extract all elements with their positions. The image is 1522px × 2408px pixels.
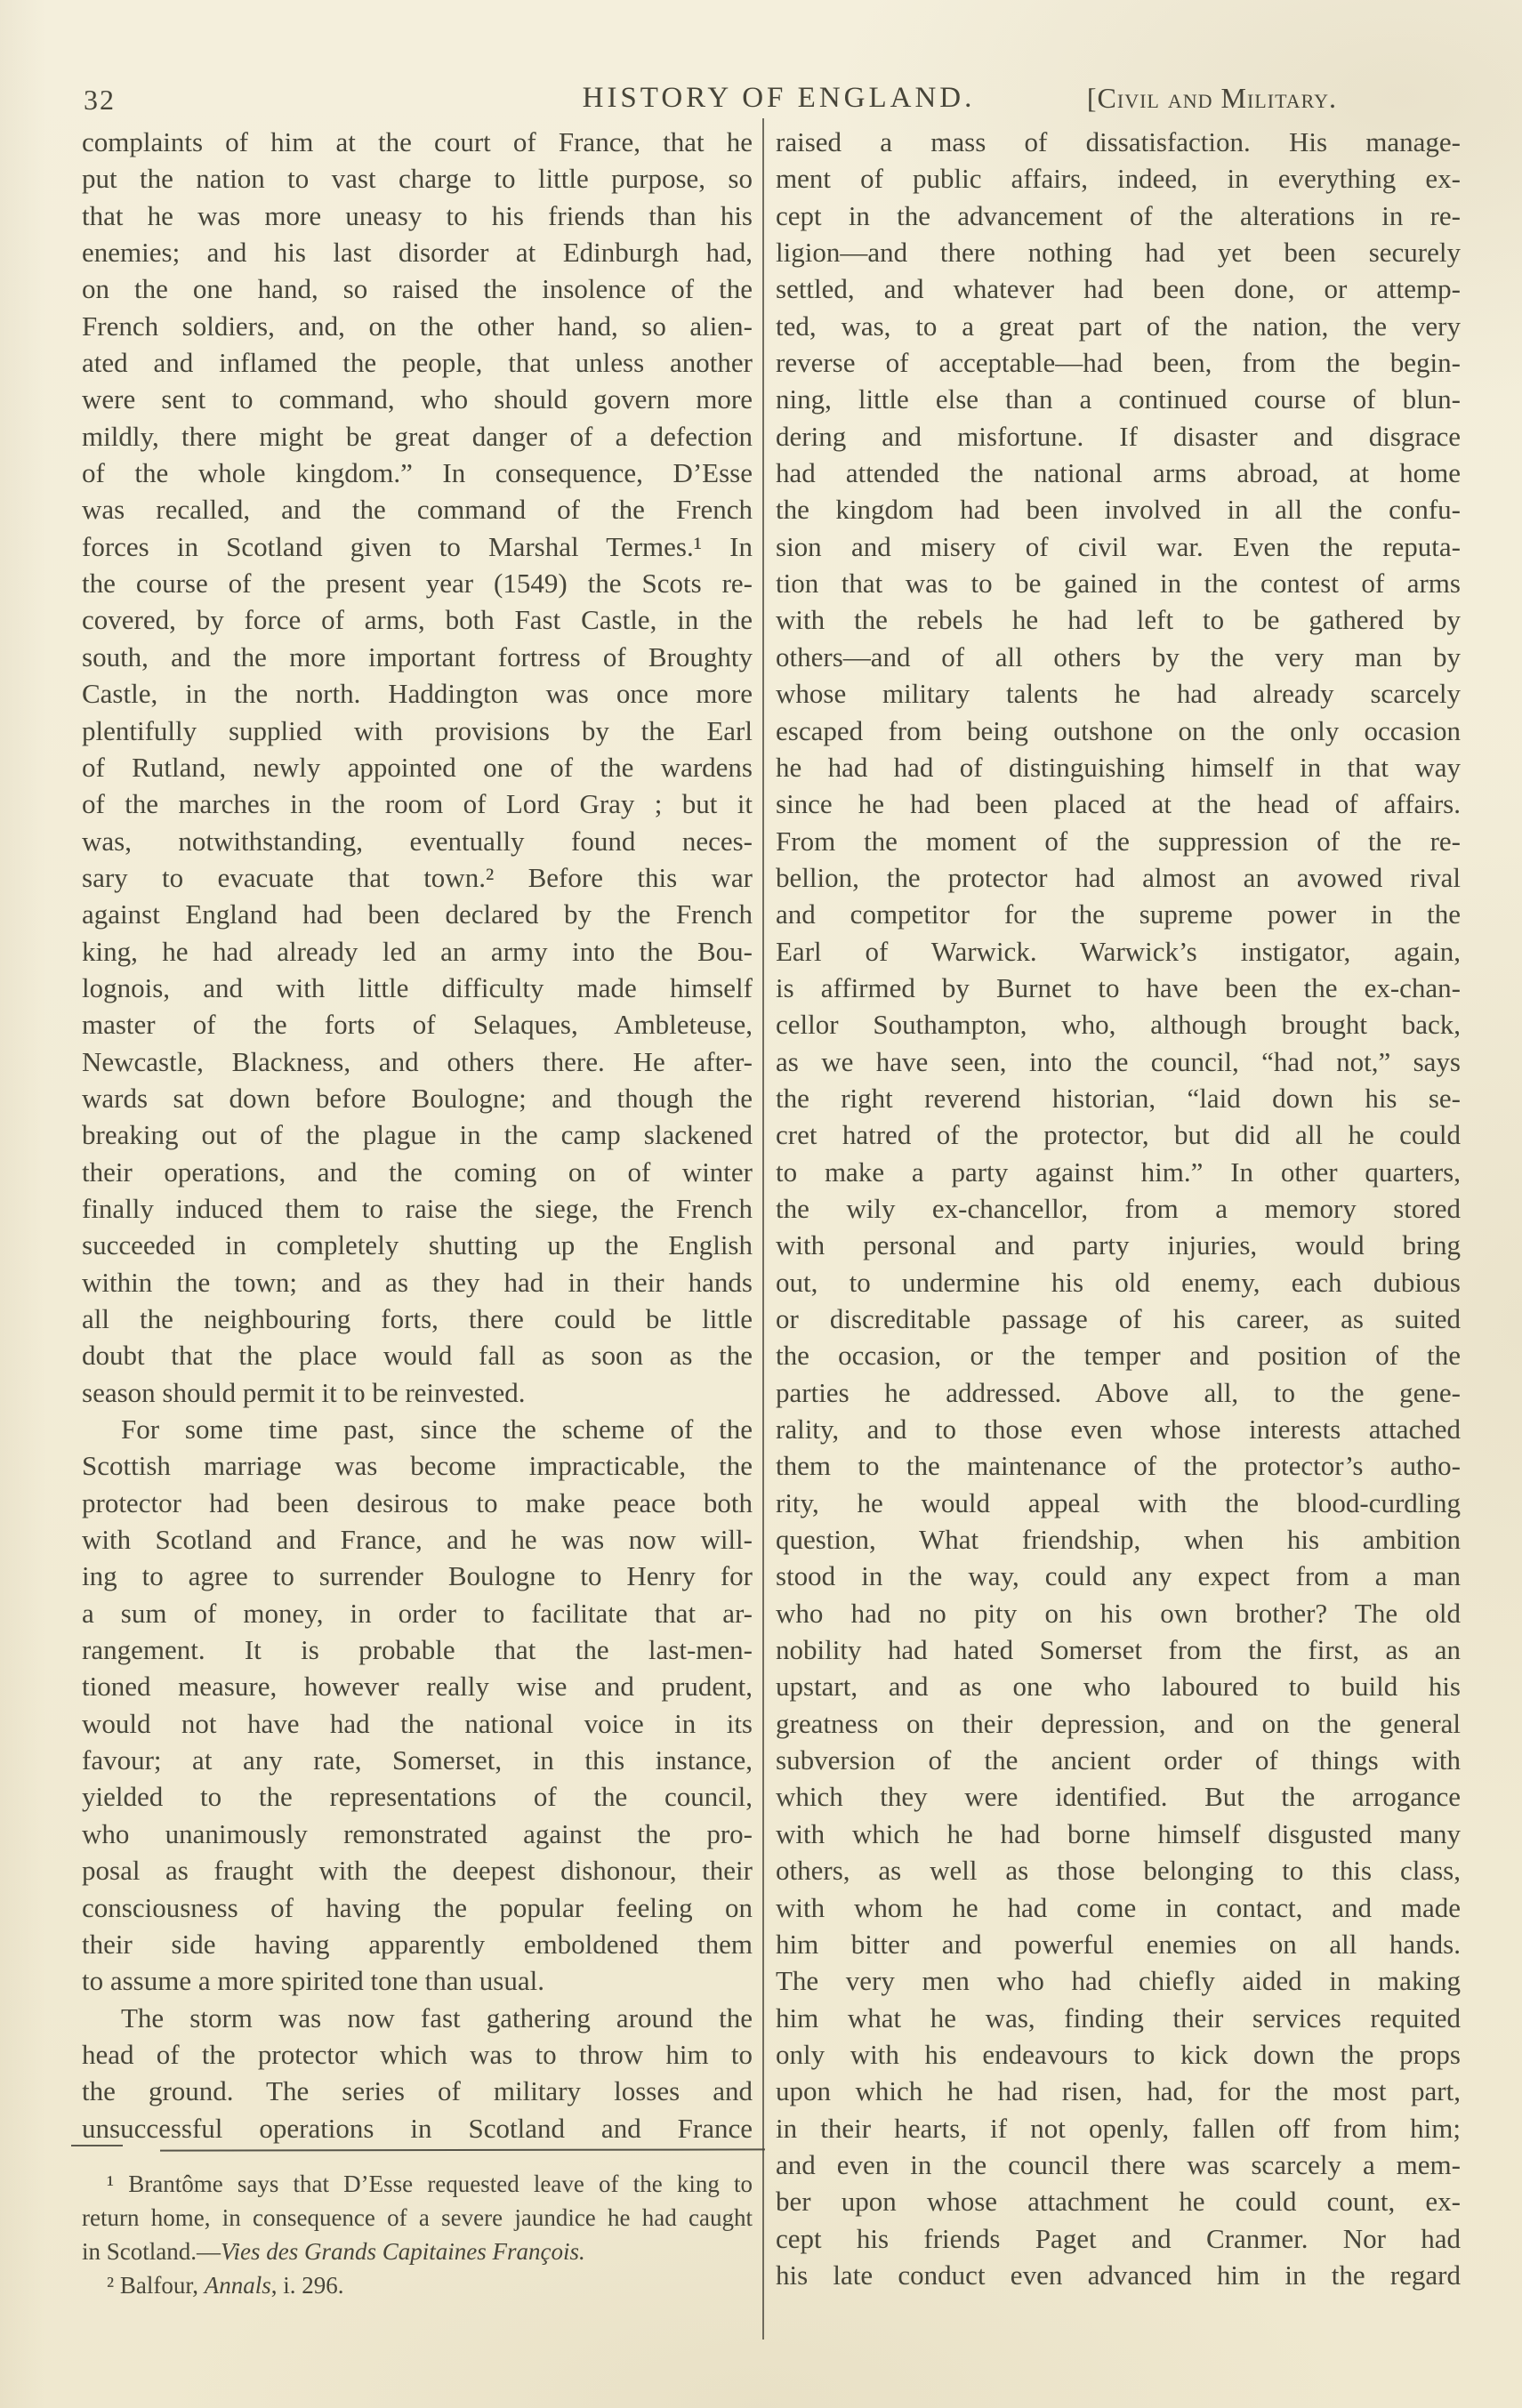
footnote-citation: Annals (205, 2272, 271, 2299)
text-line: plentifully supplied with provisions by … (82, 713, 753, 749)
text-line: him what he was, finding their services … (776, 2000, 1461, 2036)
text-line: parties he addressed. Above all, to the … (776, 1374, 1461, 1411)
footnote-text: in Scotland.— (82, 2238, 221, 2265)
text-line: others, as well as those belonging to th… (776, 1852, 1461, 1889)
right-column: raised a mass of dissatisfaction. His ma… (776, 124, 1461, 2293)
footnote-text: ¹ Brantôme says that D’Esse requested le… (107, 2170, 753, 2197)
text-line: south, and the more important fortress o… (82, 639, 753, 675)
text-line: that he was more uneasy to his friends t… (82, 197, 753, 234)
text-line: ning, little else than a continued cours… (776, 381, 1461, 417)
footnote-line: ² Balfour, Annals, i. 296. (82, 2268, 753, 2302)
text-line: enemies; and his last disorder at Edinbu… (82, 234, 753, 270)
text-line: head of the protector which was to throw… (82, 2036, 753, 2073)
text-line: rality, and to those even whose interest… (776, 1411, 1461, 1447)
text-line: to assume a more spirited tone than usua… (82, 1962, 753, 1999)
text-line: cept his friends Paget and Cranmer. Nor … (776, 2220, 1461, 2257)
footnote-line: ¹ Brantôme says that D’Esse requested le… (82, 2167, 753, 2201)
text-line: stood in the way, could any expect from … (776, 1558, 1461, 1594)
text-line: yielded to the representations of the co… (82, 1778, 753, 1815)
text-line: the kingdom had been involved in all the… (776, 491, 1461, 528)
footnote-text: ² Balfour, (107, 2272, 205, 2299)
text-line: of the marches in the room of Lord Gray … (82, 785, 753, 822)
text-line: were sent to command, who should govern … (82, 381, 753, 417)
text-line: with the rebels he had left to be gather… (776, 601, 1461, 638)
text-line: them to the maintenance of the protector… (776, 1447, 1461, 1484)
text-line: favour; at any rate, Somerset, in this i… (82, 1742, 753, 1778)
text-line: greatness on their depression, and on th… (776, 1705, 1461, 1742)
text-line: dering and misfortune. If disaster and d… (776, 418, 1461, 455)
text-line: who had no pity on his own brother? The … (776, 1595, 1461, 1631)
text-line: their side having apparently emboldened … (82, 1926, 753, 1962)
text-line: to make a party against him.” In other q… (776, 1154, 1461, 1190)
text-line: in their hearts, if not openly, fallen o… (776, 2110, 1461, 2146)
text-line: with personal and party injuries, would … (776, 1227, 1461, 1263)
text-line: since he had been placed at the head of … (776, 785, 1461, 822)
left-column: complaints of him at the court of France… (82, 124, 753, 2146)
text-line: ligion—and there nothing had yet been se… (776, 234, 1461, 270)
text-line: him bitter and powerful enemies on all h… (776, 1926, 1461, 1962)
text-line: the occasion, or the temper and position… (776, 1337, 1461, 1373)
text-line: is affirmed by Burnet to have been the e… (776, 970, 1461, 1006)
text-line: all the neighbouring forts, there could … (82, 1301, 753, 1337)
text-line: protector had been desirous to make peac… (82, 1485, 753, 1521)
text-line: would not have had the national voice in… (82, 1705, 753, 1742)
text-line: the course of the present year (1549) th… (82, 565, 753, 601)
text-line: reverse of acceptable—had been, from the… (776, 344, 1461, 381)
text-line: who unanimously remonstrated against the… (82, 1816, 753, 1852)
text-line: From the moment of the suppression of th… (776, 823, 1461, 859)
text-line: on the one hand, so raised the insolence… (82, 270, 753, 307)
text-line: the ground. The series of military losse… (82, 2073, 753, 2109)
footnote-line: return home, in consequence of a severe … (82, 2201, 753, 2235)
text-line: breaking out of the plague in the camp s… (82, 1116, 753, 1153)
footnote-text: return home, in consequence of a severe … (82, 2204, 753, 2231)
text-line: a sum of money, in order to facilitate t… (82, 1595, 753, 1631)
text-line: or discreditable passage of his career, … (776, 1301, 1461, 1337)
text-line: sary to evacuate that town.² Before this… (82, 859, 753, 896)
text-line: question, What friendship, when his ambi… (776, 1521, 1461, 1558)
text-line: he had had of distinguishing himself in … (776, 749, 1461, 785)
text-line: tioned measure, however really wise and … (82, 1668, 753, 1704)
text-line: had attended the national arms abroad, a… (776, 455, 1461, 491)
text-line: Earl of Warwick. Warwick’s instigator, a… (776, 933, 1461, 970)
text-line: with whom he had come in contact, and ma… (776, 1889, 1461, 1926)
text-line: put the nation to vast charge to little … (82, 160, 753, 197)
text-line: the right reverend historian, “laid down… (776, 1080, 1461, 1116)
text-line: complaints of him at the court of France… (82, 124, 753, 160)
text-line: his late conduct even advanced him in th… (776, 2257, 1461, 2293)
text-line: For some time past, since the scheme of … (82, 1411, 753, 1447)
text-line: against England had been declared by the… (82, 896, 753, 932)
text-line: rangement. It is probable that the last-… (82, 1631, 753, 1668)
text-line: mildly, there might be great danger of a… (82, 418, 753, 455)
footnote-rule-short (71, 2145, 123, 2146)
text-line: out, to undermine his old enemy, each du… (776, 1264, 1461, 1301)
text-line: ber upon whose attachment he could count… (776, 2183, 1461, 2219)
text-line: ment of public affairs, indeed, in every… (776, 160, 1461, 197)
text-line: as we have seen, into the council, “had … (776, 1043, 1461, 1080)
column-divider (762, 118, 764, 2340)
text-line: The storm was now fast gathering around … (82, 2000, 753, 2036)
footnote-line: in Scotland.—Vies des Grands Capitaines … (82, 2235, 753, 2268)
text-line: of Rutland, newly appointed one of the w… (82, 749, 753, 785)
text-line: was, notwithstanding, eventually found n… (82, 823, 753, 859)
text-line: master of the forts of Selaques, Amblete… (82, 1006, 753, 1043)
text-line: and even in the council there was scarce… (776, 2146, 1461, 2183)
text-line: cellor Southampton, who, although brough… (776, 1006, 1461, 1043)
text-line: covered, by force of arms, both Fast Cas… (82, 601, 753, 638)
text-line: Castle, in the north. Haddington was onc… (82, 675, 753, 712)
page-header: 32 HISTORY OF ENGLAND. [Civil and Milita… (0, 78, 1522, 126)
text-line: settled, and whatever had been done, or … (776, 270, 1461, 307)
footnotes: ¹ Brantôme says that D’Esse requested le… (82, 2167, 753, 2302)
text-line: upon which he had risen, had, for the mo… (776, 2073, 1461, 2109)
text-line: ted, was, to a great part of the nation,… (776, 308, 1461, 344)
text-line: ing to agree to surrender Boulogne to He… (82, 1558, 753, 1594)
text-line: sion and misery of civil war. Even the r… (776, 528, 1461, 565)
text-line: unsuccessful operations in Scotland and … (82, 2110, 753, 2146)
text-line: rity, he would appeal with the blood-cur… (776, 1485, 1461, 1521)
text-line: The very men who had chiefly aided in ma… (776, 1962, 1461, 1999)
text-line: their operations, and the coming on of w… (82, 1154, 753, 1190)
text-line: was recalled, and the command of the Fre… (82, 491, 753, 528)
footnote-text: , i. 296. (271, 2272, 344, 2299)
text-line: nobility had hated Somerset from the fir… (776, 1631, 1461, 1668)
section-heading: [Civil and Military. (1087, 82, 1337, 115)
text-line: escaped from being outshone on the only … (776, 713, 1461, 749)
text-line: succeeded in completely shutting up the … (82, 1227, 753, 1263)
text-line: within the town; and as they had in thei… (82, 1264, 753, 1301)
text-line: cret hatred of the protector, but did al… (776, 1116, 1461, 1153)
text-line: upstart, and as one who laboured to buil… (776, 1668, 1461, 1704)
text-line: forces in Scotland given to Marshal Term… (82, 528, 753, 565)
text-line: French soldiers, and, on the other hand,… (82, 308, 753, 344)
text-line: cept in the advancement of the alteratio… (776, 197, 1461, 234)
text-line: whose military talents he had already sc… (776, 675, 1461, 712)
book-page: 32 HISTORY OF ENGLAND. [Civil and Milita… (0, 0, 1522, 2408)
text-line: with which he had borne himself disguste… (776, 1816, 1461, 1852)
text-line: which they were identified. But the arro… (776, 1778, 1461, 1815)
text-line: and competitor for the supreme power in … (776, 896, 1461, 932)
text-line: of the whole kingdom.” In consequence, D… (82, 455, 753, 491)
text-line: only with his endeavours to kick down th… (776, 2036, 1461, 2073)
text-line: lognois, and with little difficulty made… (82, 970, 753, 1006)
text-line: subversion of the ancient order of thing… (776, 1742, 1461, 1778)
footnote-rule (160, 2148, 765, 2151)
text-line: king, he had already led an army into th… (82, 933, 753, 970)
text-line: wards sat down before Boulogne; and thou… (82, 1080, 753, 1116)
text-line: season should permit it to be reinvested… (82, 1374, 753, 1411)
text-line: others—and of all others by the very man… (776, 639, 1461, 675)
text-line: consciousness of having the popular feel… (82, 1889, 753, 1926)
text-line: posal as fraught with the deepest dishon… (82, 1852, 753, 1889)
text-line: finally induced them to raise the siege,… (82, 1190, 753, 1227)
footnote-citation: Vies des Grands Capitaines François. (221, 2238, 585, 2265)
text-line: ated and inflamed the people, that unles… (82, 344, 753, 381)
text-line: raised a mass of dissatisfaction. His ma… (776, 124, 1461, 160)
text-line: the wily ex-chancellor, from a memory st… (776, 1190, 1461, 1227)
text-line: Newcastle, Blackness, and others there. … (82, 1043, 753, 1080)
text-line: with Scotland and France, and he was now… (82, 1521, 753, 1558)
text-line: tion that was to be gained in the contes… (776, 565, 1461, 601)
text-line: bellion, the protector had almost an avo… (776, 859, 1461, 896)
text-line: doubt that the place would fall as soon … (82, 1337, 753, 1373)
text-line: Scottish marriage was become impracticab… (82, 1447, 753, 1484)
